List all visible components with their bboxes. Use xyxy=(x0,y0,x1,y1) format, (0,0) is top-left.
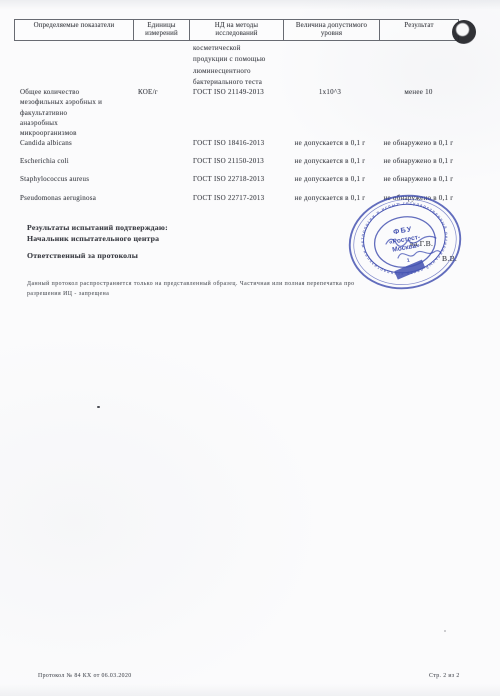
row-method: ГОСТ ISO 22717-2013 xyxy=(193,193,285,203)
scan-speck xyxy=(444,630,446,632)
header-cell-result: Результат xyxy=(379,20,458,40)
footer-page-number: Стр. 2 из 2 xyxy=(429,673,460,679)
disclaimer-line-2: разрешения ИЦ - запрещена xyxy=(27,289,327,299)
row-method: ГОСТ ISO 22718-2013 xyxy=(193,174,285,184)
footer-protocol-number: Протокол № 84 КХ от 06.03.2020 xyxy=(38,673,132,679)
row-indicator: Общее количество мезофильных аэробных и … xyxy=(20,87,138,138)
row-method: ГОСТ ISO 18416-2013 xyxy=(193,138,285,148)
handwritten-signatures xyxy=(330,226,480,274)
row-result: не обнаружено в 0,1 г xyxy=(378,156,459,166)
row-result: менее 10 xyxy=(378,87,459,97)
method-continuation-text: косметической продукции с помощью люмине… xyxy=(193,43,293,88)
header-cell-methods: НД на методы исследований xyxy=(189,20,283,40)
signoff-role-head-of-center: Начальник испытательного центра xyxy=(27,234,159,243)
row-result: не обнаружено в 0,1 г xyxy=(378,138,459,148)
scan-speck xyxy=(97,406,100,408)
row-limit: не допускается в 0,1 г xyxy=(282,156,378,166)
row-unit: КОЕ/г xyxy=(138,87,184,97)
row-indicator: Candida albicans xyxy=(20,138,150,148)
signature-squiggles xyxy=(330,226,480,274)
row-limit: не допускается в 0,1 г xyxy=(282,138,378,148)
protocol-page: Определяемые показатели Единицы измерени… xyxy=(0,0,500,696)
header-cell-limit: Величина допустимого уровня xyxy=(283,20,379,40)
signature-squiggle-2 xyxy=(398,251,441,258)
signoff-role-protocols: Ответственный за протоколы xyxy=(27,251,138,260)
row-indicator: Staphylococcus aureus xyxy=(20,174,150,184)
row-method: ГОСТ ISO 21150-2013 xyxy=(193,156,285,166)
signoff-confirm-line: Результаты испытаний подтверждаю: xyxy=(27,223,168,232)
row-indicator: Escherichia coli xyxy=(20,156,150,166)
results-table-header: Определяемые показатели Единицы измерени… xyxy=(14,19,459,41)
hole-punch-ring xyxy=(452,20,476,44)
row-limit: не допускается в 0,1 г xyxy=(282,174,378,184)
row-limit: 1x10^3 xyxy=(282,87,378,97)
signature-squiggle-1 xyxy=(386,236,436,246)
header-cell-units: Единицы измерений xyxy=(133,20,189,40)
header-cell-indicators: Определяемые показатели xyxy=(15,20,133,40)
row-result: не обнаружено в 0,1 г xyxy=(378,174,459,184)
row-indicator: Pseudomonas aeruginosa xyxy=(20,193,150,203)
row-method: ГОСТ ISO 21149-2013 xyxy=(193,87,285,97)
